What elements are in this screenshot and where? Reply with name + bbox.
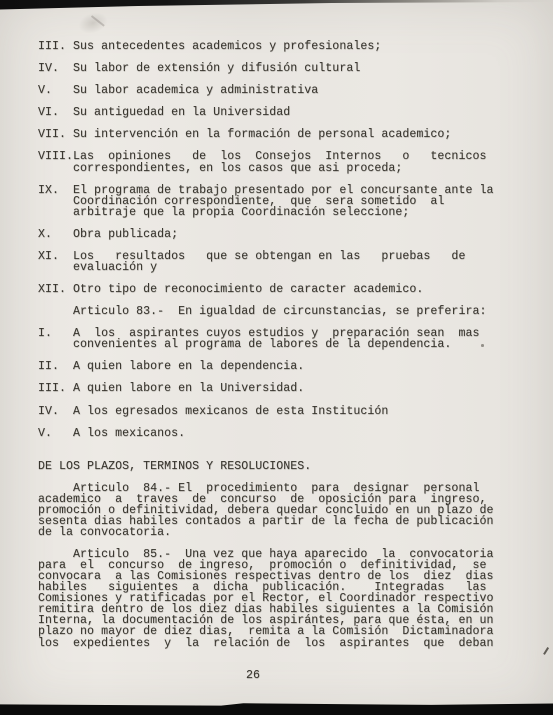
page-number: 26: [38, 669, 468, 682]
text-line: IX. El programa de trabajo presentado po…: [38, 185, 508, 196]
text-line: [38, 174, 508, 185]
text-line: los expedientes y la relación de los asp…: [38, 638, 508, 649]
text-line: V. Su labor academica y administrativa: [38, 85, 508, 96]
document-lines: III. Sus antecedentes academicos y profe…: [38, 41, 508, 649]
text-line: III. A quien labore en la Universidad.: [38, 383, 508, 394]
text-line: VI. Su antiguedad en la Universidad: [38, 107, 508, 118]
text-line: VIII.Las opiniones de los Consejos Inter…: [38, 151, 508, 162]
scan-edge-bottom: [0, 702, 553, 715]
text-line: III. Sus antecedentes academicos y profe…: [38, 41, 508, 52]
text-line: IV. Su labor de extensión y difusión cul…: [38, 63, 508, 74]
text-line: VII. Su intervención en la formación de …: [38, 129, 508, 140]
text-line: XII. Otro tipo de reconocimiento de cara…: [38, 284, 508, 295]
text-line: [38, 439, 508, 450]
text-line: correspondientes, en los casos que asi p…: [38, 163, 508, 174]
text-line: V. A los mexicanos.: [38, 428, 508, 439]
scan-smudge: [76, 9, 111, 37]
scan-dot: [481, 344, 484, 347]
scan-slash-mark: [543, 647, 549, 655]
text-line: X. Obra publicada;: [38, 229, 508, 240]
text-line: evaluación y: [38, 262, 508, 273]
text-line: IV. A los egresados mexicanos de esta In…: [38, 406, 508, 417]
text-line: [38, 395, 508, 406]
document-text: III. Sus antecedentes academicos y profe…: [38, 41, 508, 682]
text-line: de la convocatoria.: [38, 527, 508, 538]
document-page: III. Sus antecedentes academicos y profe…: [0, 0, 553, 715]
text-line: plazo no mayor de diez dias, remita a la…: [38, 626, 508, 637]
text-line: convenientes al programa de labores de l…: [38, 339, 508, 350]
text-line: Articulo 83.- En igualdad de circunstanc…: [38, 306, 508, 317]
text-line: DE LOS PLAZOS, TERMINOS Y RESOLUCIONES.: [38, 461, 508, 472]
text-line: II. A quien labore en la dependencia.: [38, 361, 508, 372]
scan-edge-top: [0, 0, 553, 10]
text-line: arbitraje que la propia Coordinación sel…: [38, 207, 508, 218]
text-line: [38, 417, 508, 428]
